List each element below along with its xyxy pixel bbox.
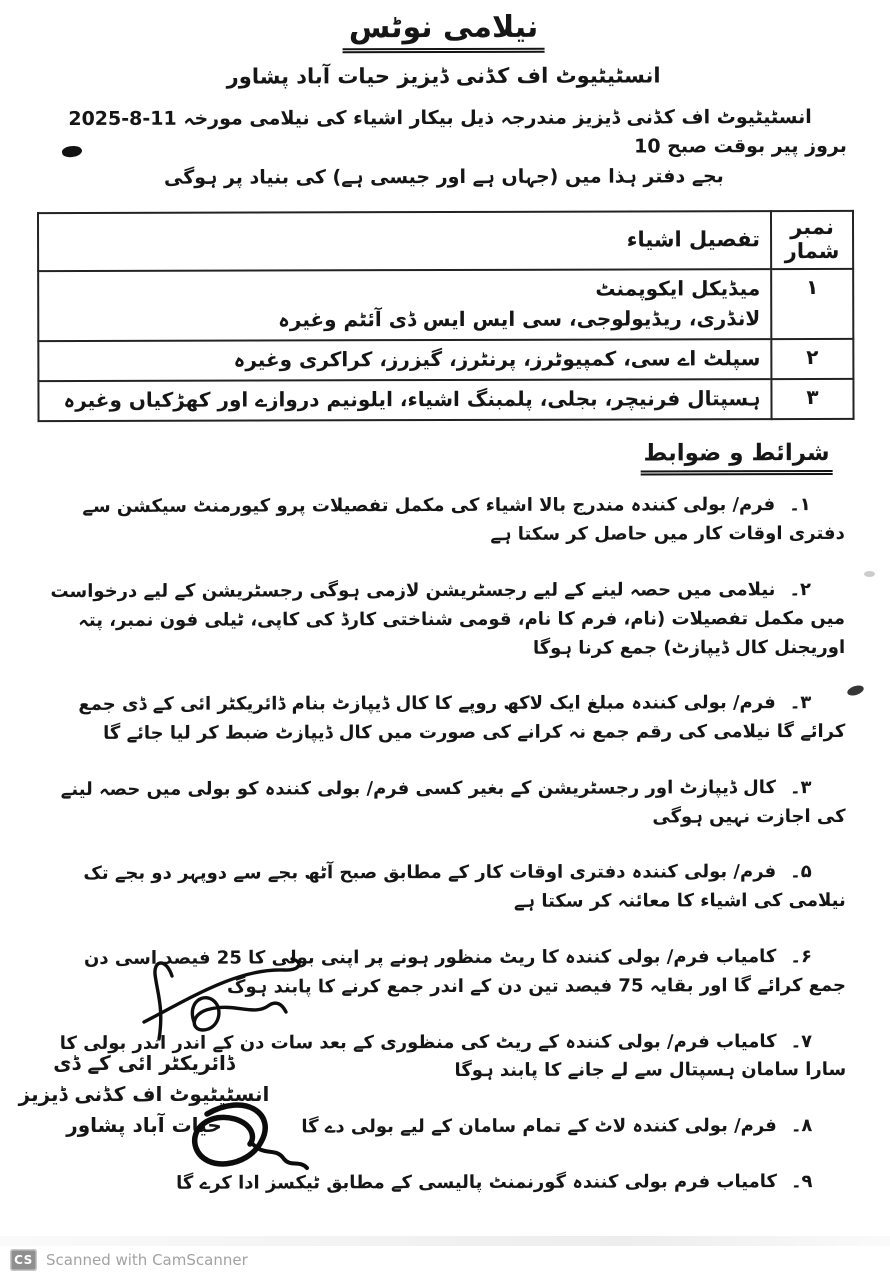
term-text: فرم/ بولی کنندہ مندرج بالا اشیاء کی مکمل… bbox=[82, 494, 844, 545]
signature-scribble bbox=[132, 942, 337, 1047]
detail-line: سپلٹ اے سی، کمپیوٹرز، پرنٹرز، گیزرز، کرا… bbox=[49, 343, 760, 375]
intro-line-2: بجے دفتر ہذا میں (جہاں ہے اور جیسی ہے) ک… bbox=[41, 162, 847, 194]
ink-smudge bbox=[864, 571, 875, 577]
col-header-serial-number: نمبر شمار bbox=[771, 211, 853, 269]
intro-line-1: انسٹیٹیوٹ اف کڈنی ڈیزیز مندرجہ ذیل بیکار… bbox=[41, 103, 847, 164]
row-serial: ۲ bbox=[771, 339, 853, 379]
term-number: ۵۔ bbox=[790, 862, 812, 883]
table-row: ۳ ہسپتال فرنیچر، بجلی، پلمبنگ اشیاء، ایل… bbox=[38, 379, 853, 421]
detail-line: میڈیکل ایکوپمنٹ bbox=[49, 273, 760, 305]
term-text: کال ڈیپازٹ اور رجسٹریشن کے بغیر کسی فرم/… bbox=[61, 777, 846, 827]
scanned-document-page: نیلامی نوٹس انسٹیٹیوٹ اف کڈنی ڈیزیز حیات… bbox=[0, 0, 890, 1280]
camscanner-watermark: CS Scanned with CamScanner bbox=[10, 1249, 248, 1271]
term-number: ۱۔ bbox=[789, 494, 811, 515]
table-row: ۱ میڈیکل ایکوپمنٹ لانڈری، ریڈیولوجی، سی … bbox=[38, 269, 853, 341]
detail-line: ہسپتال فرنیچر، بجلی، پلمبنگ اشیاء، ایلون… bbox=[49, 383, 760, 415]
institute-name: انسٹیٹیوٹ اف کڈنی ڈیزیز حیات آباد پشاور bbox=[0, 63, 889, 89]
table-row: ۲ سپلٹ اے سی، کمپیوٹرز، پرنٹرز، گیزرز، ک… bbox=[38, 339, 853, 381]
terms-and-conditions-heading: شرائط و ضوابط bbox=[640, 440, 832, 476]
term-item: ۵۔فرم/ بولی کنندہ دفتری اوقات کار کے مطا… bbox=[46, 858, 846, 918]
signature-scribble bbox=[163, 1086, 318, 1186]
auction-items-table: نمبر شمار تفصیل اشیاء ۱ میڈیکل ایکوپمنٹ … bbox=[37, 210, 855, 422]
term-item: ۲۔نیلامی میں حصہ لینے کے لیے رجسٹریشن لا… bbox=[45, 576, 845, 664]
term-number: ۳۔ bbox=[790, 692, 812, 713]
term-text: نیلامی میں حصہ لینے کے لیے رجسٹریشن لازم… bbox=[50, 579, 845, 658]
row-serial: ۱ bbox=[771, 269, 853, 339]
term-number: ۷۔ bbox=[791, 1031, 813, 1052]
term-item: ۳۔کال ڈیپازٹ اور رجسٹریشن کے بغیر کسی فر… bbox=[45, 774, 845, 834]
intro-paragraph: انسٹیٹیوٹ اف کڈنی ڈیزیز مندرجہ ذیل بیکار… bbox=[41, 103, 847, 193]
term-item: ۱۔فرم/ بولی کنندہ مندرج بالا اشیاء کی مک… bbox=[45, 491, 845, 551]
row-detail: سپلٹ اے سی، کمپیوٹرز، پرنٹرز، گیزرز، کرا… bbox=[38, 339, 771, 381]
table-header-row: نمبر شمار تفصیل اشیاء bbox=[38, 211, 853, 271]
row-serial: ۳ bbox=[771, 379, 853, 419]
detail-line: لانڈری، ریڈیولوجی، سی ایس ایس ڈی آئٹم وغ… bbox=[49, 303, 760, 335]
term-text: فرم/ بولی کنندہ دفتری اوقات کار کے مطابق… bbox=[83, 862, 845, 912]
term-number: ۳۔ bbox=[790, 777, 812, 798]
scan-shadow-band bbox=[0, 1236, 890, 1246]
row-detail: میڈیکل ایکوپمنٹ لانڈری، ریڈیولوجی، سی ای… bbox=[38, 269, 771, 341]
term-text: فرم/ بولی کنندہ لاٹ کے تمام سامان کے لیے… bbox=[301, 1115, 777, 1137]
camscanner-logo-icon: CS bbox=[10, 1249, 37, 1271]
term-number: ۸۔ bbox=[791, 1115, 813, 1136]
term-number: ۲۔ bbox=[789, 579, 811, 600]
term-number: ۹۔ bbox=[791, 1171, 813, 1192]
row-detail: ہسپتال فرنیچر، بجلی، پلمبنگ اشیاء، ایلون… bbox=[38, 379, 771, 421]
term-number: ۶۔ bbox=[790, 946, 812, 967]
document-title: نیلامی نوٹس bbox=[343, 10, 545, 54]
term-item: ۳۔فرم/ بولی کنندہ مبلغ ایک لاکھ روپے کا … bbox=[45, 689, 845, 749]
signatory-line: ڈائریکٹر ائی کے ڈی bbox=[16, 1048, 272, 1079]
camscanner-text: Scanned with CamScanner bbox=[46, 1251, 248, 1269]
col-header-item-detail: تفصیل اشیاء bbox=[38, 211, 771, 271]
term-text: فرم/ بولی کنندہ مبلغ ایک لاکھ روپے کا کا… bbox=[78, 692, 845, 744]
